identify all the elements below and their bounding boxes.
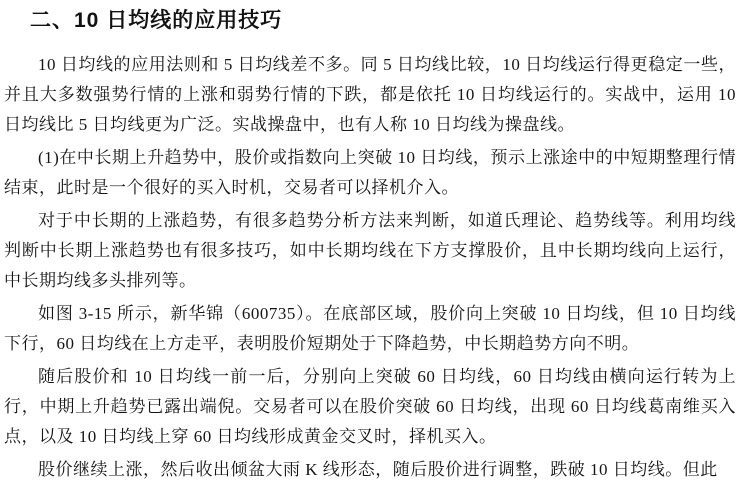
paragraph: 如图 3-15 所示，新华锦（600735）。在底部区域，股价向上突破 10 日… <box>4 299 736 359</box>
paragraph: 对于中长期的上涨趋势，有很多趋势分析方法来判断，如道氏理论、趋势线等。利用均线判… <box>4 206 736 296</box>
body-text: 10 日均线的应用法则和 5 日均线差不多。同 5 日均线比较，10 日均线运行… <box>4 50 736 484</box>
paragraph: (1)在中长期上升趋势中，股价或指数向上突破 10 日均线，预示上涨途中的中短期… <box>4 143 736 203</box>
paragraph: 10 日均线的应用法则和 5 日均线差不多。同 5 日均线比较，10 日均线运行… <box>4 50 736 140</box>
paragraph: 随后股价和 10 日均线一前一后，分别向上突破 60 日均线，60 日均线由横向… <box>4 362 736 452</box>
document-page: 二、10 日均线的应用技巧 10 日均线的应用法则和 5 日均线差不多。同 5 … <box>0 0 740 484</box>
paragraph: 股价继续上涨，然后收出倾盆大雨 K 线形态，随后股价进行调整，跌破 10 日均线… <box>4 455 736 484</box>
section-heading: 二、10 日均线的应用技巧 <box>30 8 736 34</box>
